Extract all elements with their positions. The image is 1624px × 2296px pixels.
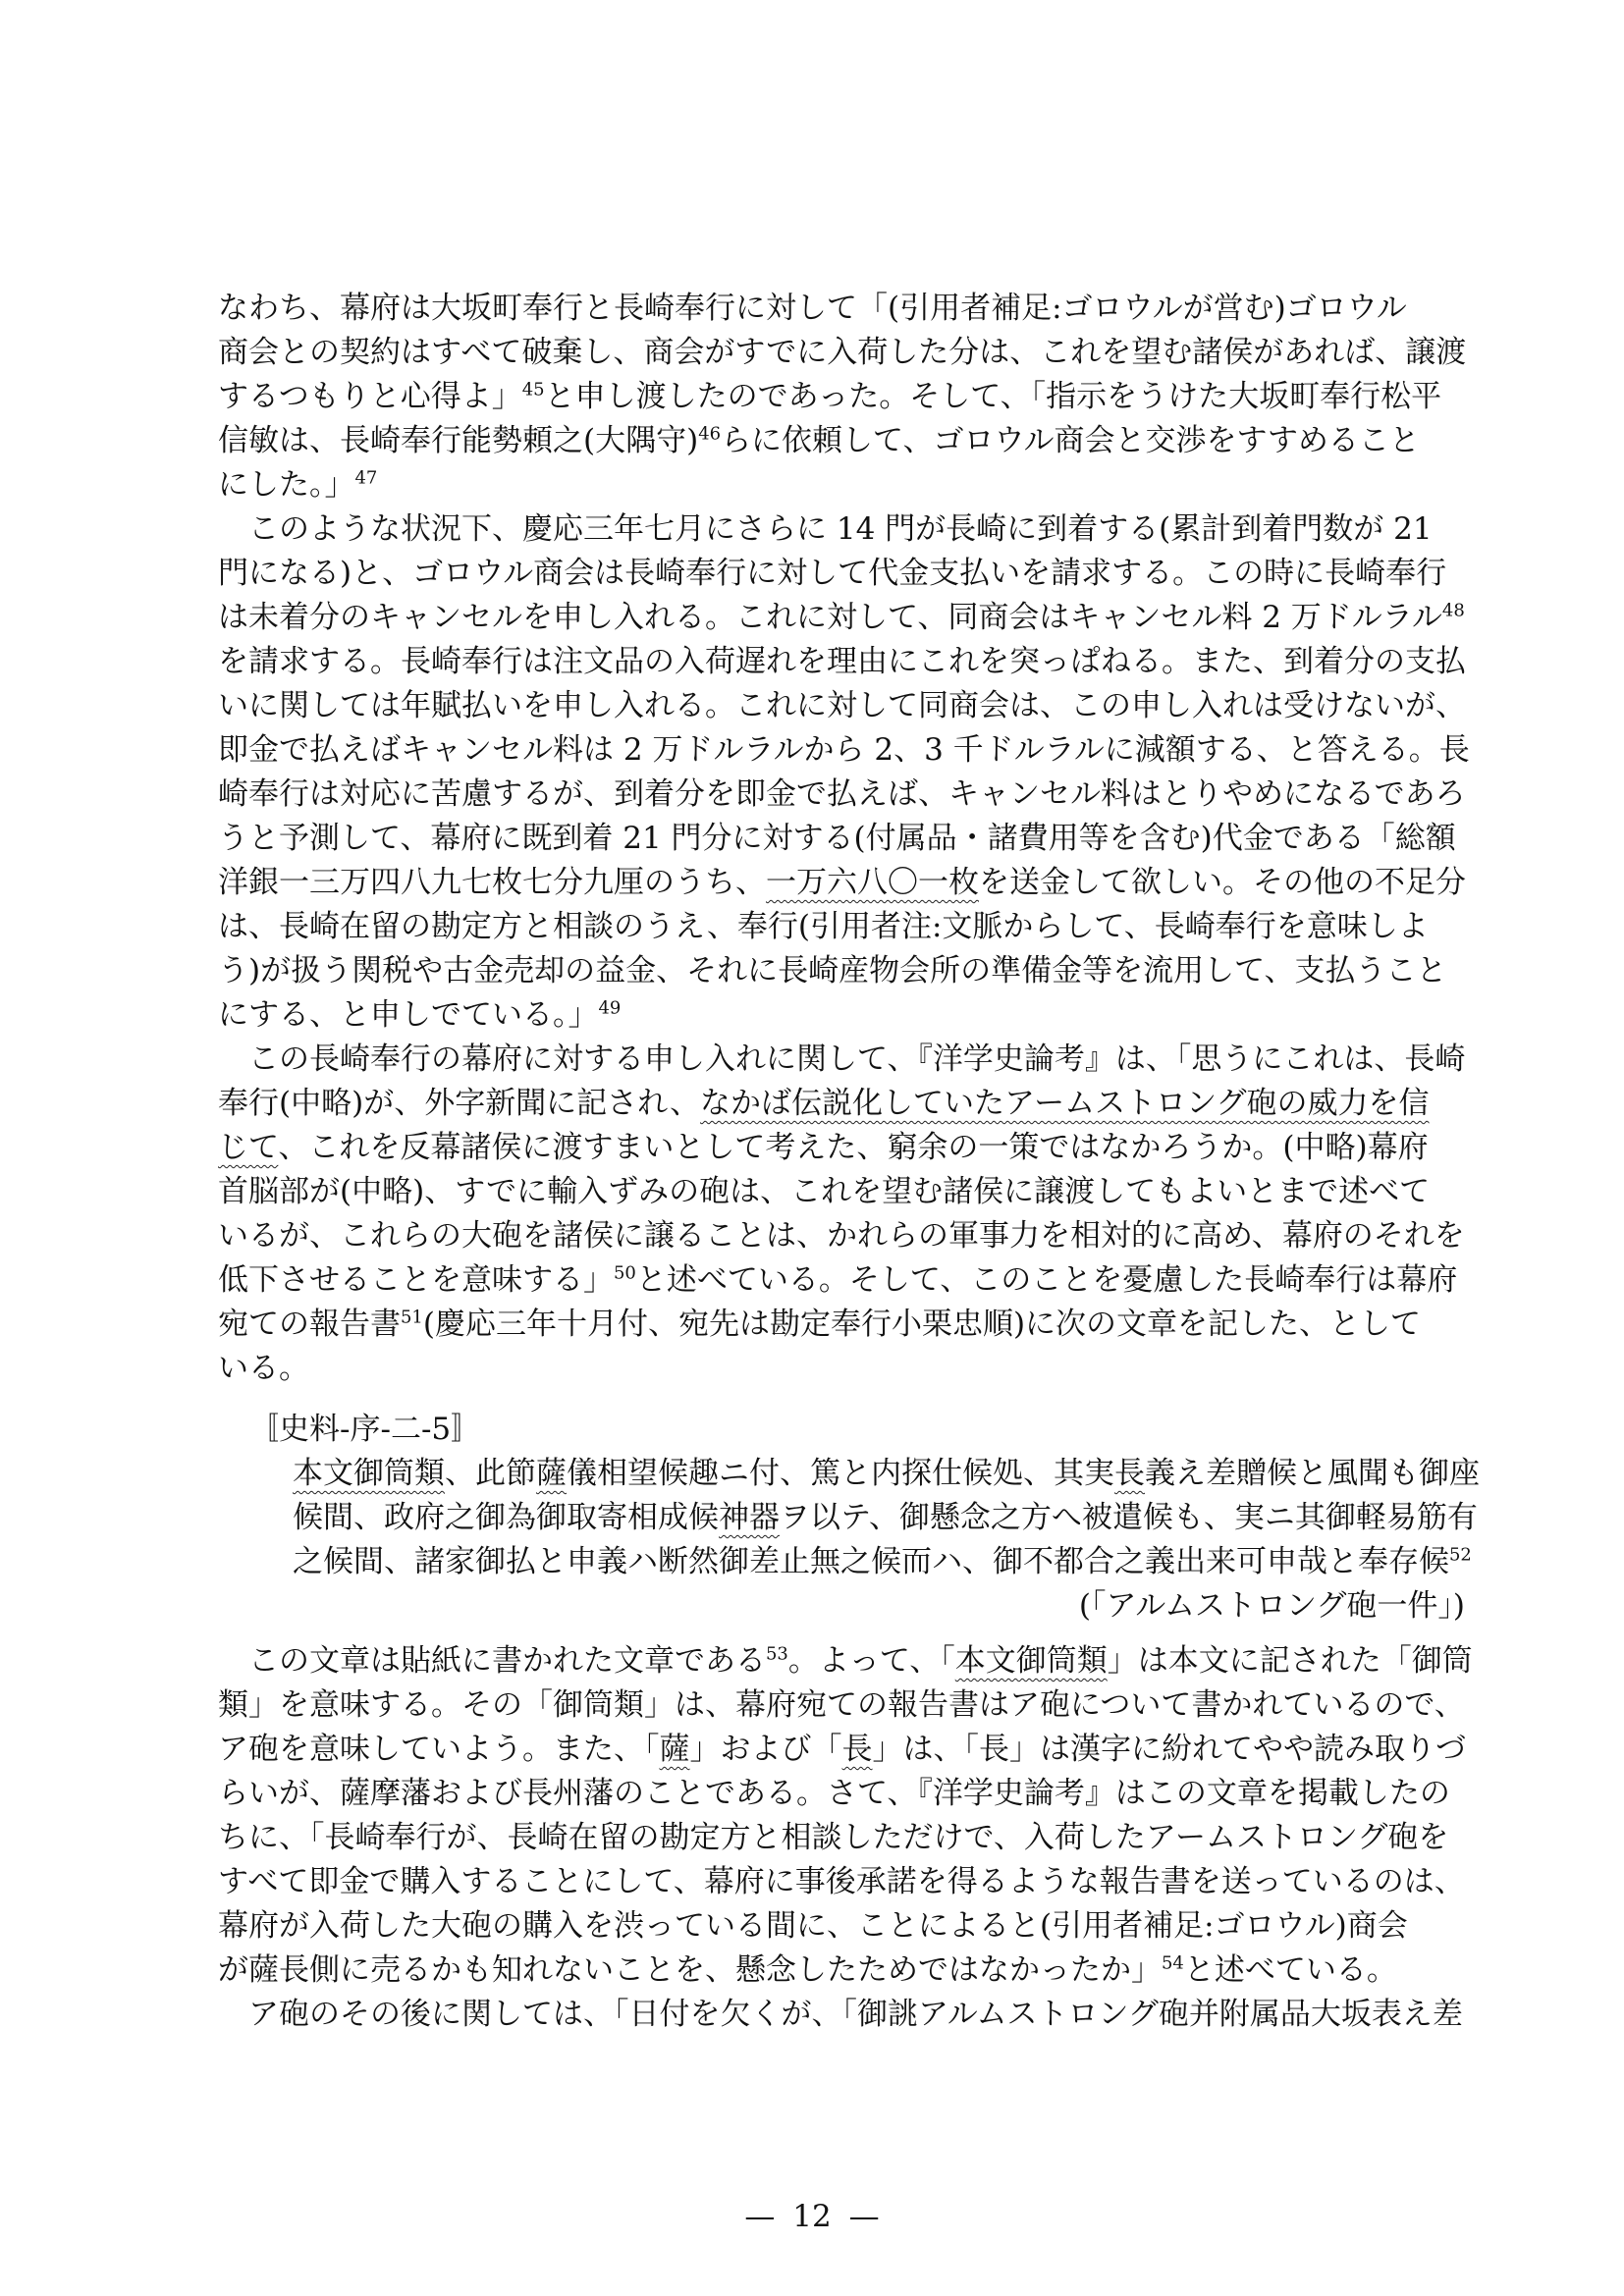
text-run: を送金して欲しい。その他の不足分 [979, 865, 1466, 900]
text-line: う)が扱う関税や古金売却の益金、それに長崎産物会所の準備金等を流用して、支払うこ… [218, 949, 1475, 993]
text-line: ア砲を意味していよう。また、「薩」および「長」は、「長」は漢字に紛れてやや読み取… [218, 1728, 1475, 1772]
text-run: 〚史料-序-二-5〛 [248, 1412, 481, 1447]
footnote-ref: 54 [1162, 1953, 1184, 1974]
footnote-ref: 53 [766, 1644, 788, 1665]
text-run: 候間、政府之御為御取寄相成候 [293, 1500, 719, 1535]
text-run: 之候間、諸家御払と申義ハ断然御差止無之候而ハ、御不都合之義出来可申哉と奉存候 [293, 1544, 1449, 1579]
text-run: 洋銀一三万四八九七枚七分九厘のうち、 [218, 865, 766, 900]
text-line: は、長崎在留の勘定方と相談のうえ、奉行(引用者注:文脈からして、長崎奉行を意味し… [218, 905, 1475, 949]
text-run: と述べている。 [1184, 1952, 1397, 1988]
paragraph: この文章は貼紙に書かれた文章である53。よって、「本文御筒類」は本文に記された「… [218, 1639, 1475, 1993]
paragraph: なわち、幕府は大坂町奉行と長崎奉行に対して「(引用者補足:ゴロウルが営む)ゴロウ… [218, 287, 1475, 507]
text-run: 義え差贈候と風聞も御座 [1145, 1456, 1480, 1491]
text-run: 。よって、「 [788, 1643, 955, 1679]
text-line: 之候間、諸家御払と申義ハ断然御差止無之候而ハ、御不都合之義出来可申哉と奉存候52 [218, 1540, 1475, 1584]
text-run: を請求する。長崎奉行は注文品の入荷遅れを理由にこれを突っぱねる。また、到着分の支… [218, 644, 1466, 679]
text-run: と述べている。そして、このことを憂慮した長崎奉行は幕府 [636, 1262, 1457, 1298]
text-run: ちに、「長崎奉行が、長崎在留の勘定方と相談しただけで、入荷したアームストロング砲… [218, 1820, 1448, 1855]
text-run: (慶応三年十月付、宛先は勘定奉行小栗忠順)に次の文章を記した、として [423, 1307, 1421, 1342]
document-body: なわち、幕府は大坂町奉行と長崎奉行に対して「(引用者補足:ゴロウルが営む)ゴロウ… [218, 287, 1475, 2037]
text-run: 」は本文に記された「御筒 [1108, 1643, 1473, 1679]
text-line: するつもりと心得よ」45と申し渡したのであった。そして、「指示をうけた大坂町奉行… [218, 375, 1475, 419]
text-line: 候間、政府之御為御取寄相成候神器ヲ以テ、御懸念之方へ被遣候も、実ニ其御軽易筋有 [218, 1496, 1475, 1540]
text-line: 首脳部が(中略)、すでに輸入ずみの砲は、これを望む諸侯に譲渡してもよいとまで述べ… [218, 1170, 1475, 1214]
page-number: — 12 — [0, 2197, 1624, 2236]
footnote-ref: 49 [599, 998, 622, 1019]
text-run: うと予測して、幕府に既到着 21 門分に対する(付属品・諸費用等を含む)代金であ… [218, 821, 1456, 856]
footnote-ref: 52 [1449, 1545, 1472, 1566]
footnote-ref: 50 [614, 1263, 636, 1284]
quote-attr: (「アルムストロング砲一件」) [218, 1584, 1475, 1629]
text-line: この文章は貼紙に書かれた文章である53。よって、「本文御筒類」は本文に記された「… [218, 1639, 1475, 1683]
text-line: らいが、薩摩藩および長州藩のことである。さて、『洋学史論考』はこの文章を掲載した… [218, 1772, 1475, 1816]
text-line: このような状況下、慶応三年七月にさらに 14 門が長崎に到着する(累計到着門数が… [218, 507, 1475, 552]
text-line: いる。 [218, 1347, 1475, 1391]
emphasis-wavy-underline: 薩 [536, 1456, 567, 1491]
text-run: 門になる)と、ゴロウル商会は長崎奉行に対して代金支払いを請求する。この時に長崎奉… [218, 556, 1446, 591]
text-line: 商会との契約はすべて破棄し、商会がすでに入荷した分は、これを望む諸侯があれば、譲… [218, 331, 1475, 375]
text-line: なわち、幕府は大坂町奉行と長崎奉行に対して「(引用者補足:ゴロウルが営む)ゴロウ… [218, 287, 1475, 331]
text-run: いるが、これらの大砲を諸侯に譲ることは、かれらの軍事力を相対的に高め、幕府のそれ… [218, 1218, 1465, 1254]
footnote-ref: 48 [1442, 601, 1465, 621]
text-line: うと予測して、幕府に既到着 21 門分に対する(付属品・諸費用等を含む)代金であ… [218, 817, 1475, 861]
text-run: いる。 [218, 1351, 309, 1386]
text-run: 、これを反幕諸侯に渡すまいとして考えた、窮余の一策ではなかろうか。(中略)幕府 [278, 1130, 1428, 1165]
text-line: 本文御筒類、此節薩儀相望候趣ニ付、篤と内探仕候処、其実長義え差贈候と風聞も御座 [218, 1452, 1475, 1496]
emphasis-wavy-underline: 長 [842, 1732, 873, 1767]
paragraph: ア砲のその後に関しては、「日付を欠くが、「御誂アルムストロング砲并附属品大坂表え… [218, 1993, 1475, 2037]
text-line: 崎奉行は対応に苦慮するが、到着分を即金で払えば、キャンセル料はとりやめになるであ… [218, 773, 1475, 817]
text-run: 即金で払えばキャンセル料は 2 万ドルラルから 2、3 千ドルラルに減額する、と… [218, 732, 1470, 768]
text-run: らに依頼して、ゴロウル商会と交渉をすすめること [721, 423, 1420, 458]
text-run: このような状況下、慶応三年七月にさらに 14 門が長崎に到着する(累計到着門数が… [248, 511, 1433, 547]
text-line: いに関しては年賦払いを申し入れる。これに対して同商会は、この申し入れは受けないが… [218, 684, 1475, 728]
text-run: 商会との契約はすべて破棄し、商会がすでに入荷した分は、これを望む諸侯があれば、譲… [218, 335, 1466, 370]
text-run: 類」を意味する。その「御筒類」は、幕府宛ての報告書はア砲について書かれているので… [218, 1687, 1465, 1723]
text-run: う)が扱う関税や古金売却の益金、それに長崎産物会所の準備金等を流用して、支払うこ… [218, 953, 1446, 988]
text-run: (「アルムストロング砲一件」) [1079, 1588, 1465, 1624]
text-line: 門になる)と、ゴロウル商会は長崎奉行に対して代金支払いを請求する。この時に長崎奉… [218, 552, 1475, 596]
text-line: この長崎奉行の幕府に対する申し入れに関して、『洋学史論考』は、「思うにこれは、長… [218, 1038, 1475, 1082]
footnote-ref: 51 [401, 1308, 423, 1328]
footnote-ref: 45 [522, 380, 545, 400]
text-line: にする、と申しでている。」49 [218, 993, 1475, 1038]
text-run: 幕府が入荷した大砲の購入を渋っている間に、ことによると(引用者補足:ゴロウル)商… [218, 1908, 1408, 1944]
text-run: 低下させることを意味する」 [218, 1262, 614, 1298]
emphasis-wavy-underline: 長 [1114, 1456, 1145, 1491]
paragraph: このような状況下、慶応三年七月にさらに 14 門が長崎に到着する(累計到着門数が… [218, 507, 1475, 1038]
footnote-ref: 46 [698, 424, 721, 445]
text-run: は、長崎在留の勘定方と相談のうえ、奉行(引用者注:文脈からして、長崎奉行を意味し… [218, 909, 1429, 944]
text-run: 儀相望候趣ニ付、篤と内探仕候処、其実 [567, 1456, 1114, 1491]
text-run: ア砲を意味していよう。また、「 [218, 1732, 660, 1767]
text-run: 奉行(中略)が、外字新聞に記され、 [218, 1086, 700, 1121]
text-run: にする、と申しでている。」 [218, 997, 599, 1033]
footnote-ref: 47 [355, 468, 378, 489]
text-run: この文章は貼紙に書かれた文章である [248, 1643, 766, 1679]
text-line: じて、これを反幕諸侯に渡すまいとして考えた、窮余の一策ではなかろうか。(中略)幕… [218, 1126, 1475, 1170]
text-line: (「アルムストロング砲一件」) [218, 1584, 1475, 1629]
text-line: 宛ての報告書51(慶応三年十月付、宛先は勘定奉行小栗忠順)に次の文章を記した、と… [218, 1303, 1475, 1347]
emphasis-wavy-underline: 本文御筒類 [293, 1456, 445, 1491]
emphasis-wavy-underline: 本文御筒類 [955, 1643, 1108, 1679]
emphasis-wavy-underline: なかば伝説化していたアームストロング砲の威力を信 [700, 1086, 1429, 1121]
text-run: 」および「 [690, 1732, 842, 1767]
text-line: 即金で払えばキャンセル料は 2 万ドルラルから 2、3 千ドルラルに減額する、と… [218, 728, 1475, 773]
emphasis-wavy-underline: 薩 [660, 1732, 690, 1767]
label: 〚史料-序-二-5〛 [218, 1408, 1475, 1452]
text-line: 信敏は、長崎奉行能勢頼之(大隅守)46らに依頼して、ゴロウル商会と交渉をすすめる… [218, 419, 1475, 463]
text-line: 幕府が入荷した大砲の購入を渋っている間に、ことによると(引用者補足:ゴロウル)商… [218, 1904, 1475, 1949]
text-line: は未着分のキャンセルを申し入れる。これに対して、同商会はキャンセル料 2 万ドル… [218, 596, 1475, 640]
text-run: ア砲のその後に関しては、「日付を欠くが、「御誂アルムストロング砲并附属品大坂表え… [248, 1997, 1463, 2032]
text-run: と申し渡したのであった。そして、「指示をうけた大坂町奉行松平 [545, 379, 1442, 414]
text-line: ア砲のその後に関しては、「日付を欠くが、「御誂アルムストロング砲并附属品大坂表え… [218, 1993, 1475, 2037]
text-line: ちに、「長崎奉行が、長崎在留の勘定方と相談しただけで、入荷したアームストロング砲… [218, 1816, 1475, 1860]
text-run: なわち、幕府は大坂町奉行と長崎奉行に対して「(引用者補足:ゴロウルが営む)ゴロウ… [218, 291, 1407, 326]
emphasis-wavy-underline: 一万六八〇一枚 [766, 865, 979, 900]
document-page: なわち、幕府は大坂町奉行と長崎奉行に対して「(引用者補足:ゴロウルが営む)ゴロウ… [0, 0, 1624, 2296]
text-run: 信敏は、長崎奉行能勢頼之(大隅守) [218, 423, 698, 458]
emphasis-wavy-underline: 神器 [719, 1500, 780, 1535]
text-line: 類」を意味する。その「御筒類」は、幕府宛ての報告書はア砲について書かれているので… [218, 1683, 1475, 1728]
text-run: すべて即金で購入することにして、幕府に事後承諾を得るような報告書を送っているのは… [218, 1864, 1465, 1899]
text-line: にした。」47 [218, 463, 1475, 507]
quote: 本文御筒類、此節薩儀相望候趣ニ付、篤と内探仕候処、其実長義え差贈候と風聞も御座候… [218, 1452, 1475, 1584]
text-run: 、此節 [445, 1456, 536, 1491]
emphasis-wavy-underline: じて [218, 1130, 278, 1165]
text-run: らいが、薩摩藩および長州藩のことである。さて、『洋学史論考』はこの文章を掲載した… [218, 1776, 1450, 1811]
text-run: は未着分のキャンセルを申し入れる。これに対して、同商会はキャンセル料 2 万ドル… [218, 600, 1442, 635]
text-line: すべて即金で購入することにして、幕府に事後承諾を得るような報告書を送っているのは… [218, 1860, 1475, 1904]
paragraph: この長崎奉行の幕府に対する申し入れに関して、『洋学史論考』は、「思うにこれは、長… [218, 1038, 1475, 1391]
text-line: 奉行(中略)が、外字新聞に記され、なかば伝説化していたアームストロング砲の威力を… [218, 1082, 1475, 1126]
text-run: 崎奉行は対応に苦慮するが、到着分を即金で払えば、キャンセル料はとりやめになるであ… [218, 776, 1466, 812]
text-run: 」は、「長」は漢字に紛れてやや読み取りづ [873, 1732, 1467, 1767]
text-run: にした。」 [218, 467, 355, 503]
text-run: いに関しては年賦払いを申し入れる。これに対して同商会は、この申し入れは受けないが… [218, 688, 1466, 723]
text-line: が薩長側に売るかも知れないことを、懸念したためではなかったか」54と述べている。 [218, 1949, 1475, 1993]
text-run: するつもりと心得よ」 [218, 379, 522, 414]
text-line: 低下させることを意味する」50と述べている。そして、このことを憂慮した長崎奉行は… [218, 1258, 1475, 1303]
text-line: 洋銀一三万四八九七枚七分九厘のうち、一万六八〇一枚を送金して欲しい。その他の不足… [218, 861, 1475, 905]
text-line: いるが、これらの大砲を諸侯に譲ることは、かれらの軍事力を相対的に高め、幕府のそれ… [218, 1214, 1475, 1258]
text-line: を請求する。長崎奉行は注文品の入荷遅れを理由にこれを突っぱねる。また、到着分の支… [218, 640, 1475, 684]
text-run: この長崎奉行の幕府に対する申し入れに関して、『洋学史論考』は、「思うにこれは、長… [248, 1041, 1465, 1077]
text-run: 首脳部が(中略)、すでに輸入ずみの砲は、これを望む諸侯に譲渡してもよいとまで述べ… [218, 1174, 1430, 1209]
text-run: が薩長側に売るかも知れないことを、懸念したためではなかったか」 [218, 1952, 1162, 1988]
text-run: 宛ての報告書 [218, 1307, 401, 1342]
text-run: ヲ以テ、御懸念之方へ被遣候も、実ニ其御軽易筋有 [780, 1500, 1478, 1535]
text-line: 〚史料-序-二-5〛 [218, 1408, 1475, 1452]
